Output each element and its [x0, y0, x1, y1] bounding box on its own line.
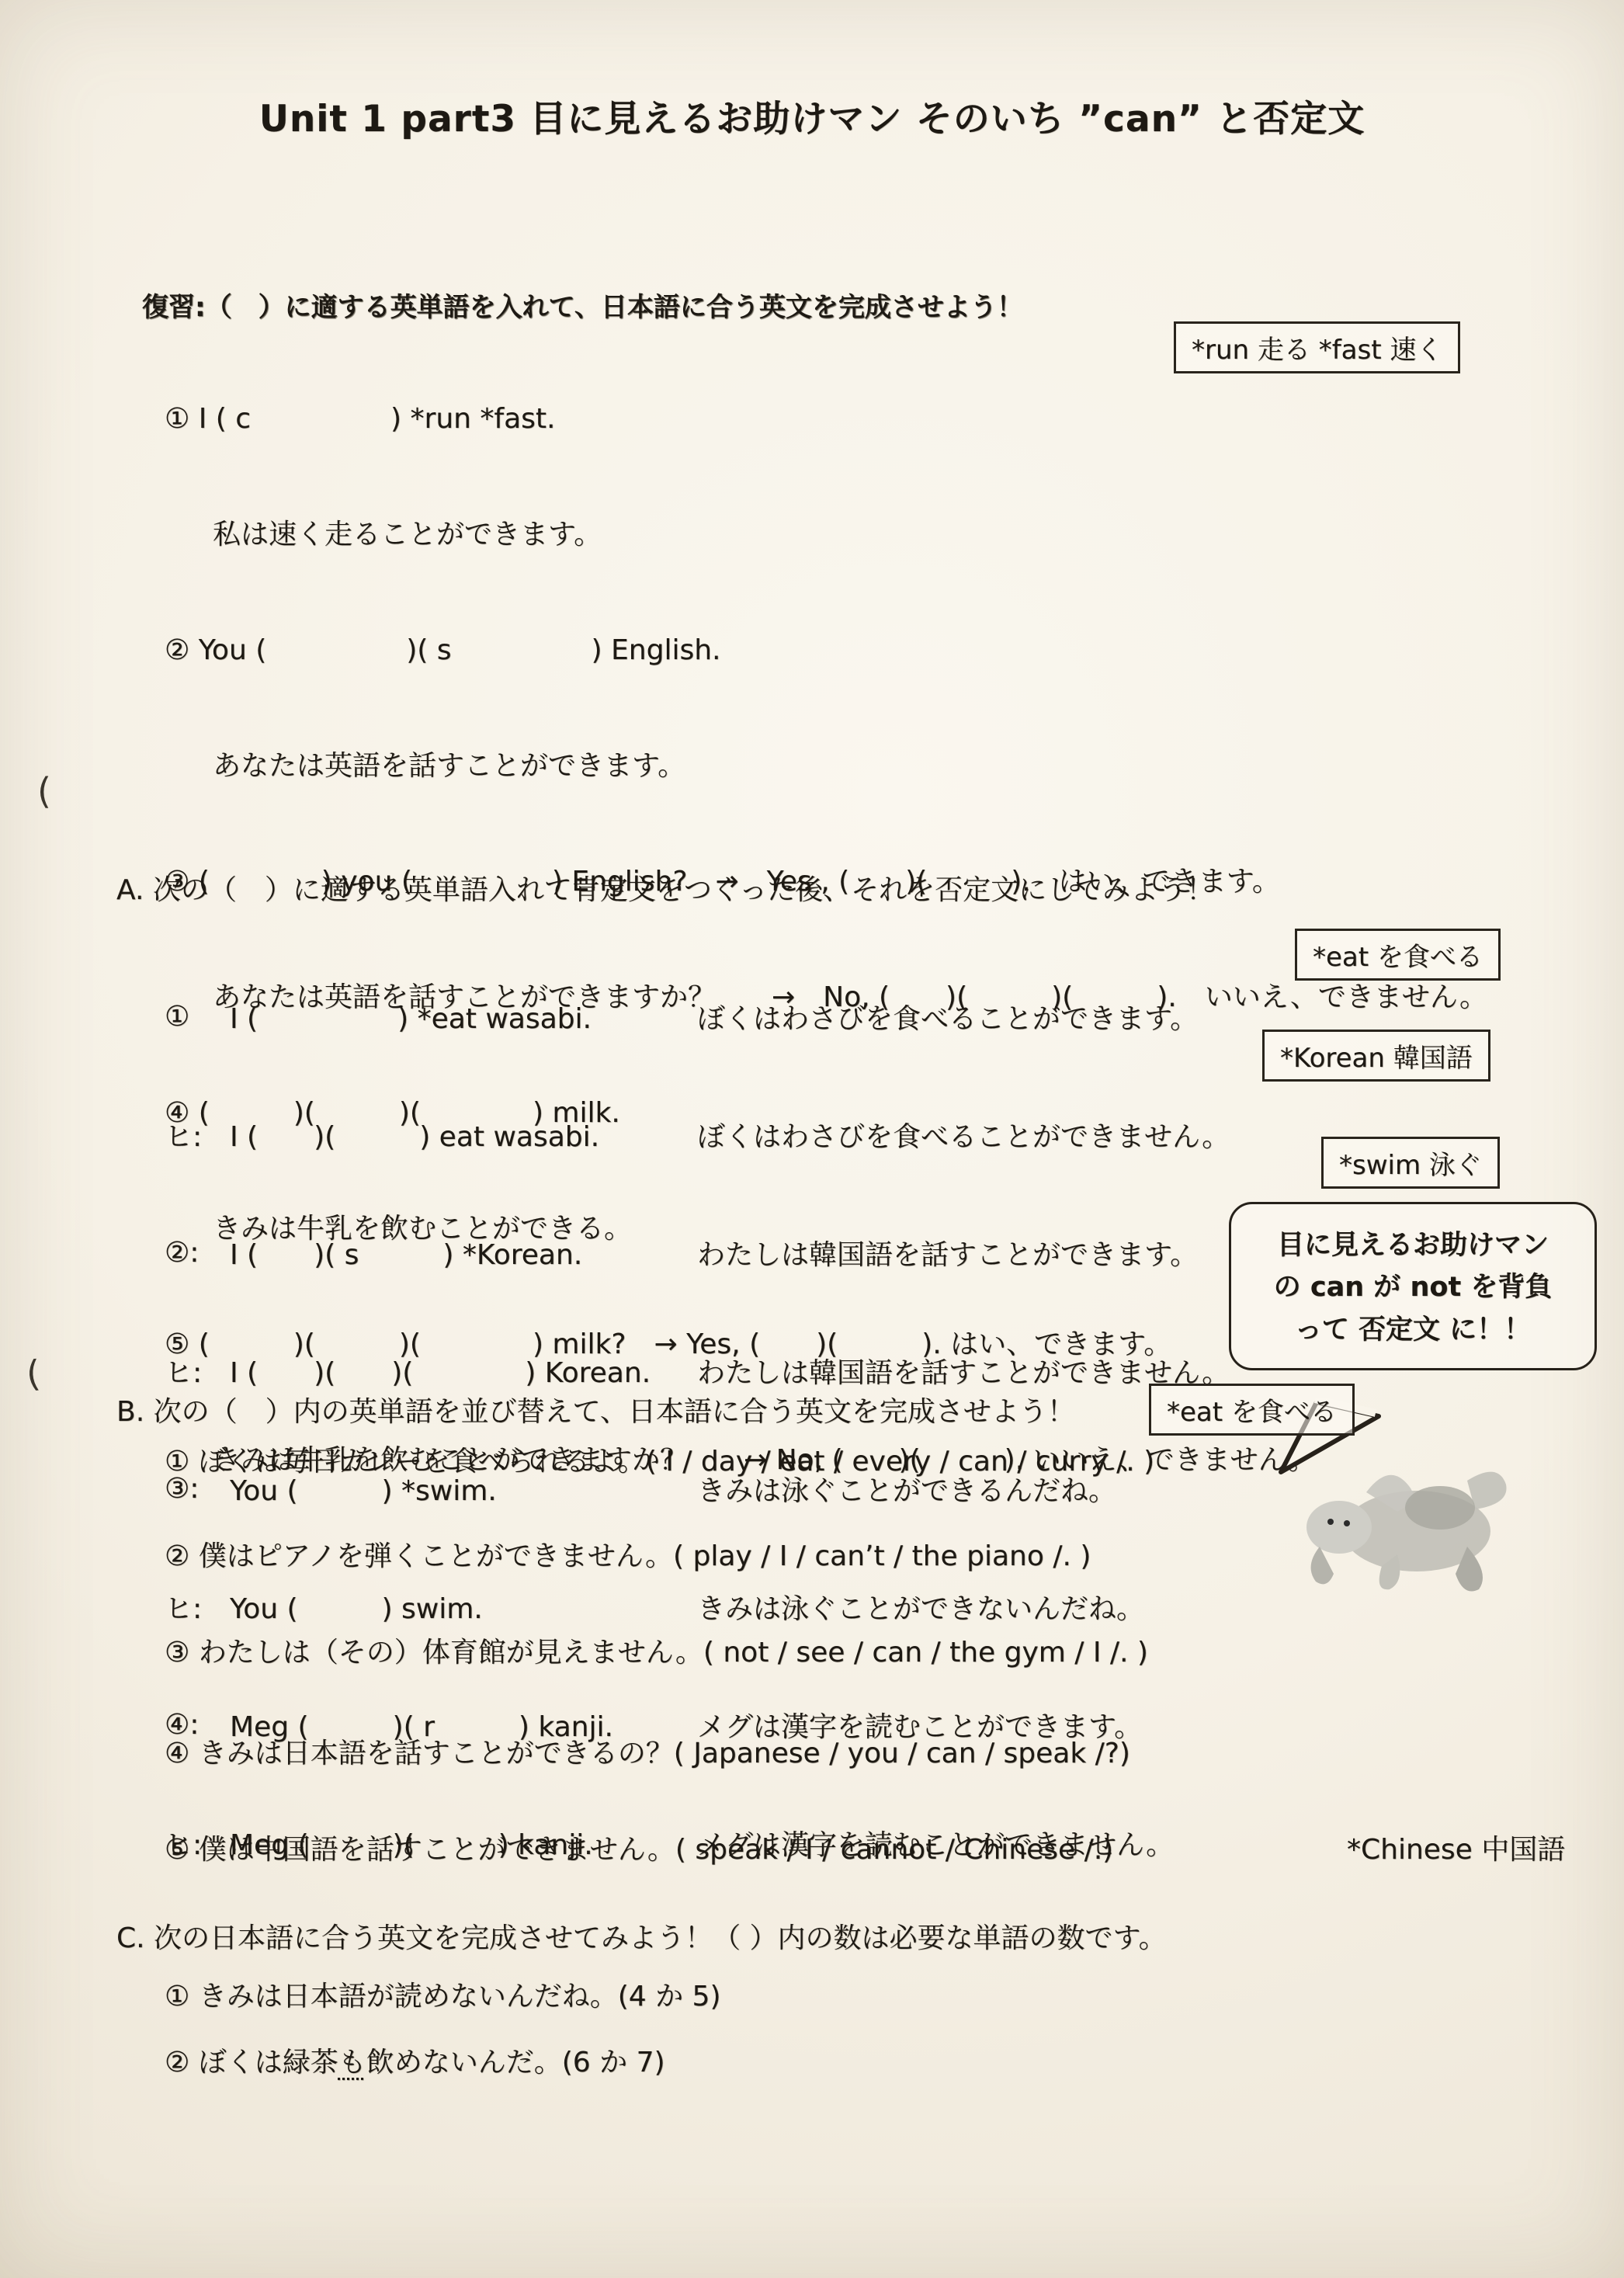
- c-item-2-pre: ② ぼくは緑茶: [165, 2047, 338, 2078]
- vocab-box-korean: *Korean 韓国語: [1262, 1030, 1490, 1082]
- c-item-1: ① きみは日本語が読めないんだね。(4 か 5): [165, 1974, 721, 2014]
- b-item-2: ② 僕はピアノを弾くことができません。( play / I / can’t / …: [165, 1534, 1091, 1574]
- vocab-note-chinese: *Chinese 中国語: [1347, 1828, 1565, 1867]
- c-item-2-post: 飲めないんだ。(6 か 7): [366, 2047, 665, 2078]
- b-item-1: ① ぼくは毎日カレーを食べられるよ。( I / day / eat / ever…: [165, 1439, 1154, 1479]
- a-row-1-jp: ぼくはわさびを食べることができます。: [697, 997, 1198, 1037]
- review-item-2-en: ② You ( )( s ) English.: [165, 624, 1487, 676]
- a-row-2-label: ヒ:: [165, 1115, 230, 1155]
- c-item-2: ② ぼくは緑茶も飲めないんだ。(6 か 7): [165, 2040, 665, 2080]
- bubble-line-1: 目に見えるお助けマン: [1237, 1224, 1588, 1266]
- b-item-4: ④ きみは日本語を話すことができるの？( Japanese / you / ca…: [165, 1731, 1130, 1771]
- a-row-2: ヒ: I ( )( ) eat wasabi. ぼくはわさびを食べることができま…: [165, 1107, 1230, 1162]
- helper-speech-bubble: 目に見えるお助けマン の can が not を背負 って 否定文 に！！: [1229, 1202, 1597, 1370]
- section-a-rows: ① I ( ) *eat wasabi. ぼくはわさびを食べることができます。 …: [165, 925, 1230, 1933]
- a-row-4-en: I ( )( )( ) Korean.: [230, 1351, 697, 1391]
- vocab-box-eat: *eat を食べる: [1295, 929, 1501, 981]
- worksheet-page: Unit 1 part3 目に見えるお助けマン そのいち ”can” と否定文 …: [0, 0, 1624, 2278]
- review-item-1-jp: 私は速く走ることができます。: [165, 509, 1487, 561]
- section-b-heading: B. 次の（ ）内の英単語を並び替えて、日本語に合う英文を完成させよう！: [116, 1390, 1075, 1429]
- a-row-3-jp: わたしは韓国語を話すことができます。: [697, 1233, 1198, 1273]
- section-a-heading: A. 次の（ ）に適する英単語入れて肯定文をつくった後、それを否定文にしてみよう…: [116, 868, 1214, 908]
- review-item-1-en: ① I ( c ) *run *fast.: [165, 393, 1487, 445]
- mascot-illustration: [1273, 1438, 1537, 1601]
- stray-paren-mark-1: (: [37, 770, 51, 812]
- a-row-1-label: ①: [165, 1001, 230, 1033]
- b-item-5: ⑤ 僕は中国語を話すことができません。( speak / I / cannot …: [165, 1828, 1113, 1867]
- a-row-1: ① I ( ) *eat wasabi. ぼくはわさびを食べることができます。: [165, 989, 1230, 1044]
- page-title: Unit 1 part3 目に見えるお助けマン そのいち ”can” と否定文: [0, 90, 1624, 142]
- c-item-2-underlined: も: [338, 2047, 366, 2078]
- bubble-line-2: の can が not を背負: [1237, 1266, 1588, 1308]
- a-row-3: ②: I ( )( s ) *Korean. わたしは韓国語を話すことができます…: [165, 1225, 1230, 1280]
- review-item-2-jp: あなたは英語を話すことができます。: [165, 740, 1487, 792]
- a-row-4-label: ヒ:: [165, 1351, 230, 1391]
- a-row-6-en: You ( ) swim.: [230, 1587, 697, 1627]
- a-row-1-en: I ( ) *eat wasabi.: [230, 997, 697, 1037]
- review-section-heading: 復習:（ ）に適する英単語を入れて、日本語に合う英文を完成させよう！: [142, 286, 1023, 324]
- a-row-6-label: ヒ:: [165, 1587, 230, 1627]
- bubble-line-3: って 否定文 に！！: [1237, 1309, 1588, 1351]
- b-item-3: ③ わたしは（その）体育館が見えません。( not / see / can / …: [165, 1630, 1148, 1670]
- section-c-heading: C. 次の日本語に合う英文を完成させてみよう！（ ）内の数は必要な単語の数です。: [116, 1916, 1167, 1956]
- a-row-2-jp: ぼくはわさびを食べることができません。: [697, 1115, 1230, 1155]
- a-row-6: ヒ: You ( ) swim. きみは泳ぐことができないんだね。: [165, 1579, 1230, 1634]
- a-row-6-jp: きみは泳ぐことができないんだね。: [697, 1587, 1144, 1627]
- a-row-2-en: I ( )( ) eat wasabi.: [230, 1115, 697, 1155]
- vocab-box-swim: *swim 泳ぐ: [1321, 1137, 1500, 1189]
- vocab-box-eat-b: *eat を食べる: [1149, 1384, 1355, 1436]
- stray-paren-mark-2: (: [25, 1352, 42, 1394]
- a-row-3-en: I ( )( s ) *Korean.: [230, 1233, 697, 1273]
- a-row-3-label: ②:: [165, 1237, 230, 1269]
